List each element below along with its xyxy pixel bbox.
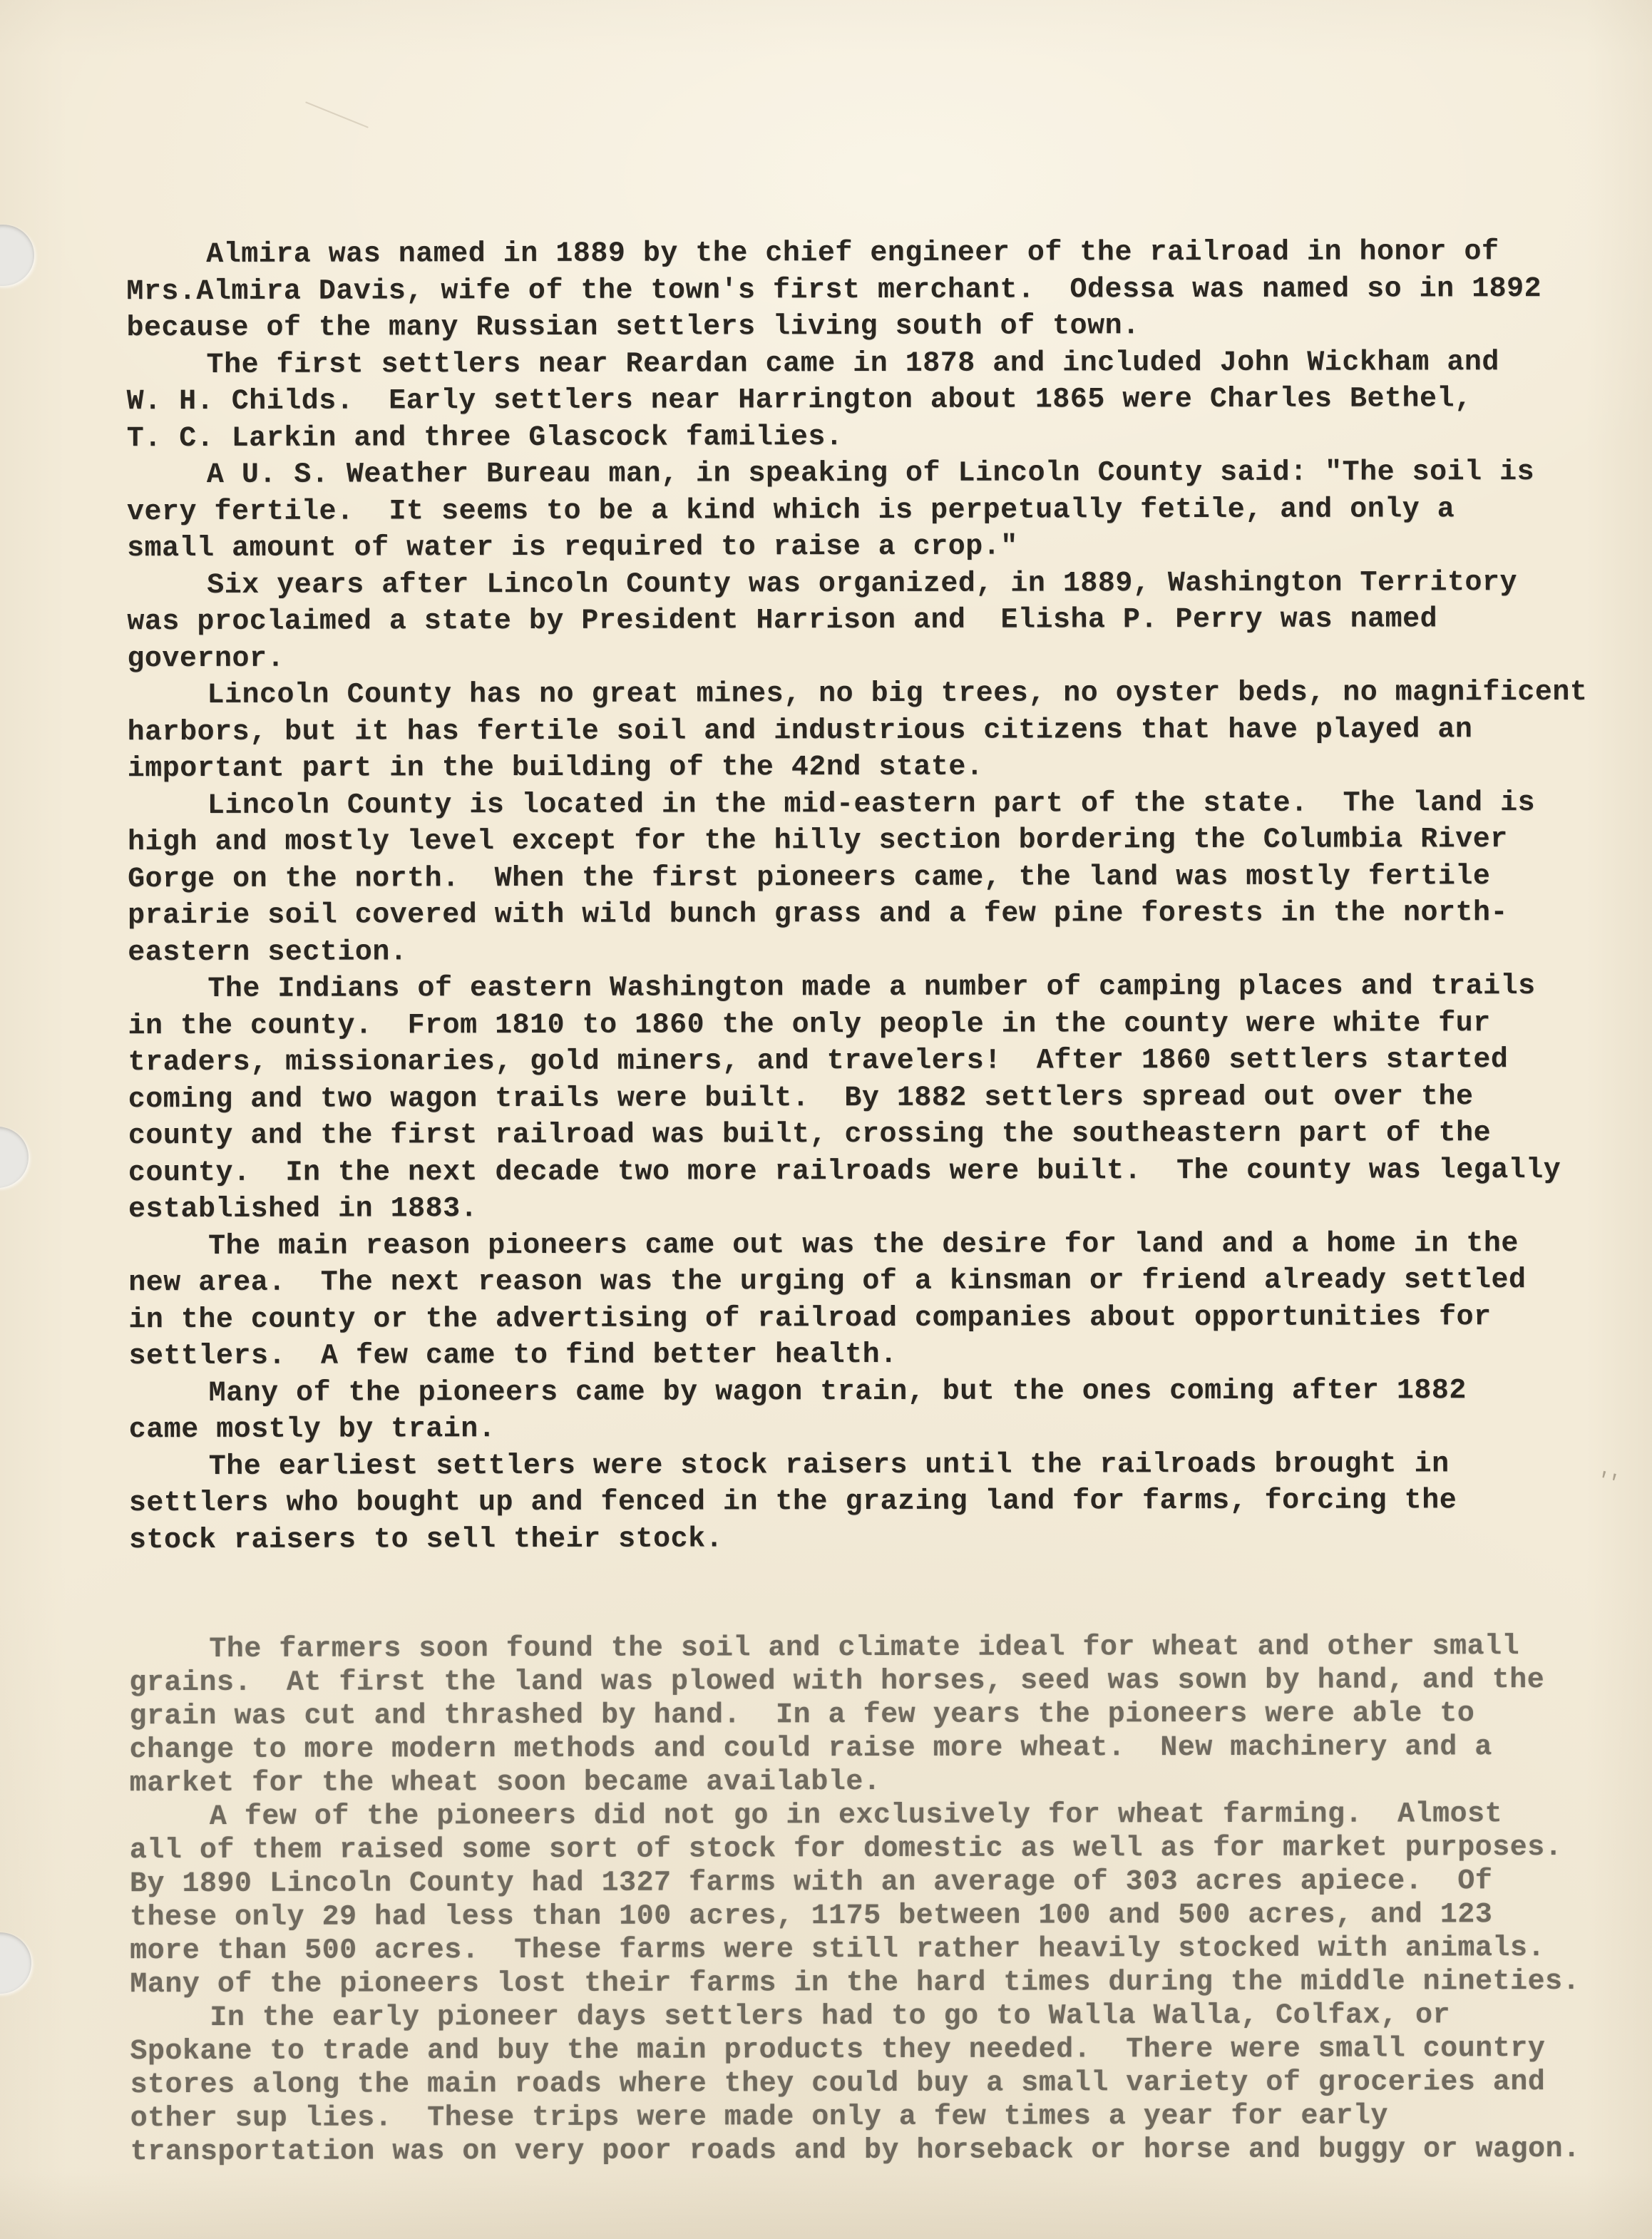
typing-section-dark: Almira was named in 1889 by the chief en… (126, 234, 1612, 1559)
text-line: governor. (127, 637, 1610, 677)
text-line: these only 29 had less than 100 acres, 1… (130, 1898, 1613, 1935)
text-line: small amount of water is required to rai… (127, 528, 1610, 568)
text-line: Gorge on the north. When the first pione… (128, 858, 1611, 898)
text-line: A U. S. Weather Bureau man, in speaking … (127, 454, 1610, 494)
text-line: Lincoln County is located in the mid-eas… (128, 784, 1611, 824)
text-line: The Indians of eastern Washington made a… (128, 968, 1611, 1008)
text-line: Lincoln County has no great mines, no bi… (127, 675, 1610, 714)
text-line: established in 1883. (128, 1189, 1611, 1229)
text-line: Many of the pioneers lost their farms in… (130, 1965, 1613, 2002)
text-line: grain was cut and thrashed by hand. In a… (129, 1697, 1612, 1733)
paragraph: The earliest settlers were stock raisers… (129, 1445, 1612, 1559)
text-line: harbors, but it has fertile soil and ind… (128, 711, 1611, 751)
paragraph: Lincoln County has no great mines, no bi… (127, 675, 1610, 788)
text-line: was proclaimed a state by President Harr… (127, 601, 1610, 641)
text-line: in the county or the advertising of rail… (128, 1298, 1611, 1338)
text-line: more than 500 acres. These farms were st… (130, 1932, 1613, 1968)
text-line: By 1890 Lincoln County had 1327 farms wi… (130, 1865, 1613, 1901)
text-line: important part in the building of the 42… (128, 748, 1611, 788)
punch-hole-middle (0, 1127, 29, 1188)
text-line: W. H. Childs. Early settlers near Harrin… (127, 381, 1610, 421)
text-line: county and the first railroad was built,… (128, 1115, 1611, 1155)
text-line: The earliest settlers were stock raisers… (129, 1445, 1612, 1485)
text-line: very fertile. It seems to be a kind whic… (127, 491, 1610, 531)
document-page: { "page": { "type": "typewritten-documen… (0, 0, 1652, 2239)
text-line: eastern section. (128, 931, 1611, 971)
paragraph: In the early pioneer days settlers had t… (130, 1999, 1613, 2169)
paragraph: The farmers soon found the soil and clim… (129, 1630, 1612, 1800)
text-line: new area. The next reason was the urging… (128, 1262, 1611, 1302)
text-line: T. C. Larkin and three Glascock families… (127, 417, 1610, 457)
text-line: change to more modern methods and could … (130, 1731, 1613, 1767)
text-line: Spokane to trade and buy the main produc… (130, 2032, 1613, 2069)
text-line: The farmers soon found the soil and clim… (129, 1630, 1612, 1666)
text-line: The first settlers near Reardan came in … (126, 344, 1609, 384)
text-line: in the county. From 1810 to 1860 the onl… (128, 1005, 1611, 1045)
punch-hole-bottom (0, 1932, 31, 1994)
page-text: Almira was named in 1889 by the chief en… (126, 234, 1613, 2169)
paragraph: Six years after Lincoln County was organ… (127, 564, 1610, 677)
text-line: market for the wheat soon became availab… (130, 1764, 1613, 1800)
text-line: transportation was on very poor roads an… (130, 2133, 1613, 2169)
text-line: coming and two wagon trails were built. … (128, 1078, 1611, 1118)
text-line: A few of the pioneers did not go in excl… (130, 1798, 1613, 1834)
paragraph: The Indians of eastern Washington made a… (128, 968, 1611, 1229)
paragraph: Lincoln County is located in the mid-eas… (128, 784, 1611, 971)
text-line: because of the many Russian settlers liv… (126, 307, 1609, 347)
text-line: The main reason pioneers came out was th… (128, 1225, 1611, 1265)
typing-section-light: The farmers soon found the soil and clim… (129, 1630, 1613, 2169)
paragraph: The first settlers near Reardan came in … (126, 344, 1609, 457)
text-line: Six years after Lincoln County was organ… (127, 564, 1610, 604)
paragraph: Many of the pioneers came by wagon train… (129, 1372, 1612, 1448)
text-line: other sup lies. These trips were made on… (130, 2099, 1613, 2136)
text-line: grains. At first the land was plowed wit… (129, 1664, 1612, 1700)
text-line: county. In the next decade two more rail… (128, 1152, 1611, 1192)
paragraph: The main reason pioneers came out was th… (128, 1225, 1611, 1375)
text-line: stores along the main roads where they c… (130, 2066, 1613, 2102)
text-line: came mostly by train. (129, 1409, 1612, 1449)
text-line: traders, missionaries, gold miners, and … (128, 1042, 1611, 1082)
punch-hole-top (0, 225, 34, 286)
paragraph: A U. S. Weather Bureau man, in speaking … (127, 454, 1610, 568)
text-line: In the early pioneer days settlers had t… (130, 1999, 1613, 2035)
text-line: high and mostly level except for the hil… (128, 821, 1611, 861)
text-line: settlers. A few came to find better heal… (128, 1336, 1611, 1375)
paper-crease (305, 101, 369, 128)
paragraph: A few of the pioneers did not go in excl… (130, 1798, 1613, 2002)
text-line: all of them raised some sort of stock fo… (130, 1831, 1613, 1867)
text-line: Almira was named in 1889 by the chief en… (126, 234, 1609, 274)
text-line: prairie soil covered with wild bunch gra… (128, 895, 1611, 935)
text-line: Mrs.Almira Davis, wife of the town's fir… (126, 270, 1609, 310)
paragraph: Almira was named in 1889 by the chief en… (126, 234, 1609, 347)
text-line: stock raisers to sell their stock. (129, 1519, 1612, 1559)
text-line: Many of the pioneers came by wagon train… (129, 1372, 1612, 1412)
text-line: settlers who bought up and fenced in the… (129, 1482, 1612, 1522)
pencil-margin-mark: '' (1593, 1468, 1619, 1497)
